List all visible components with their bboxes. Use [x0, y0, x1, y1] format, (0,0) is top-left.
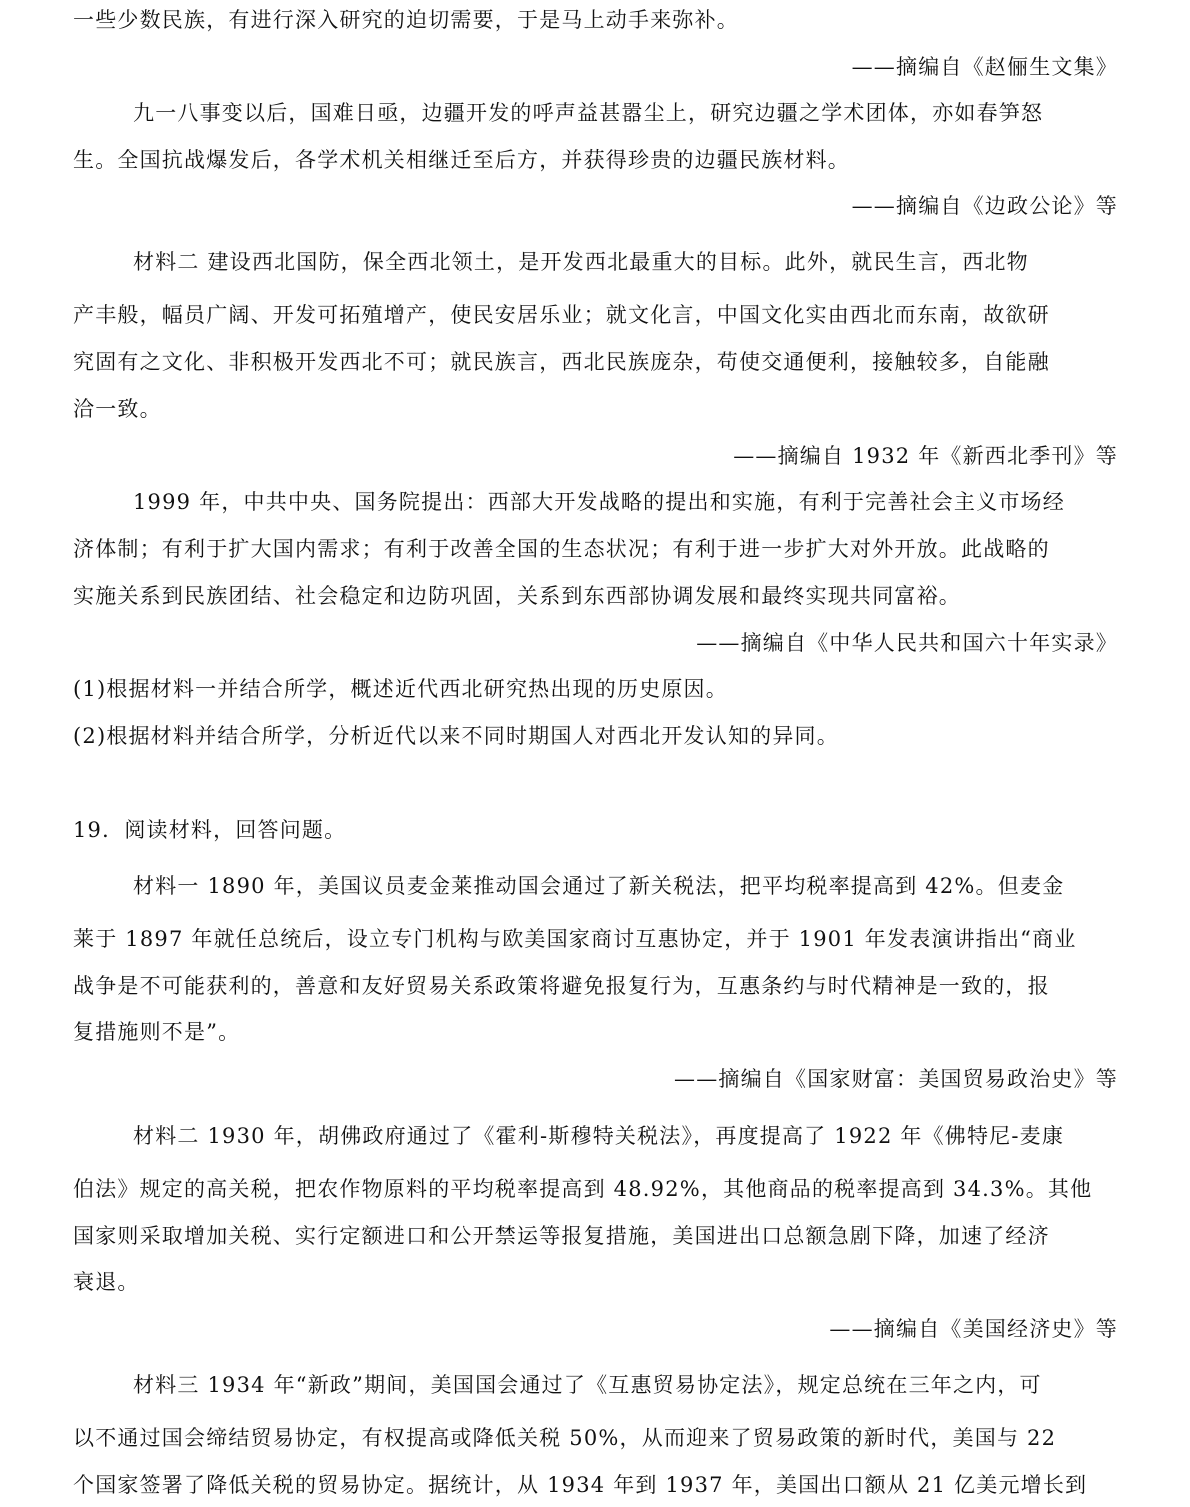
paragraph-line: 以不通过国会缔结贸易协定，有权提高或降低关税 50%，从而迎来了贸易政策的新时代… [73, 1424, 1118, 1452]
paragraph-line: 材料二 1930 年，胡佛政府通过了《霍利-斯穆特关税法》，再度提高了 1922… [133, 1122, 1118, 1150]
paragraph-line: 1999 年，中共中央、国务院提出：西部大开发战略的提出和实施，有利于完善社会主… [133, 488, 1118, 516]
paragraph-line: 材料二 建设西北国防，保全西北领土，是开发西北最重大的目标。此外，就民生言，西北… [133, 248, 1118, 276]
source-citation: ——摘编自《美国经济史》等 [829, 1315, 1118, 1343]
paragraph-line: 国家则采取增加关税、实行定额进口和公开禁运等报复措施，美国进出口总额急剧下降，加… [73, 1222, 1118, 1250]
paragraph-line: 个国家签署了降低关税的贸易协定。据统计，从 1934 年到 1937 年，美国出… [73, 1471, 1118, 1499]
paragraph-line: 战争是不可能获利的，善意和友好贸易关系政策将避免报复行为，互惠条约与时代精神是一… [73, 972, 1118, 1000]
source-citation: ——摘编自 1932 年《新西北季刊》等 [733, 442, 1118, 470]
source-citation: ——摘编自《赵俪生文集》 [852, 53, 1118, 81]
source-citation: ——摘编自《边政公论》等 [852, 192, 1118, 220]
source-citation: ——摘编自《国家财富：美国贸易政治史》等 [674, 1065, 1118, 1093]
paragraph-line: 衰退。 [73, 1268, 1118, 1296]
paragraph-line: 究固有之文化、非积极开发西北不可；就民族言，西北民族庞杂，苟使交通便利，接触较多… [73, 348, 1118, 376]
question-text: (2)根据材料并结合所学，分析近代以来不同时期国人对西北开发认知的异同。 [73, 722, 1118, 750]
paragraph-line: 生。全国抗战爆发后，各学术机关相继迁至后方，并获得珍贵的边疆民族材料。 [73, 146, 1118, 174]
source-citation: ——摘编自《中华人民共和国六十年实录》 [696, 629, 1118, 657]
paragraph-line: 莱于 1897 年就任总统后，设立专门机构与欧美国家商讨互惠协定，并于 1901… [73, 925, 1118, 953]
paragraph-line: 实施关系到民族团结、社会稳定和边防巩固，关系到东西部协调发展和最终实现共同富裕。 [73, 582, 1118, 610]
question-text: (1)根据材料一并结合所学，概述近代西北研究热出现的历史原因。 [73, 675, 1118, 703]
paragraph-line: 复措施则不是”。 [73, 1018, 1118, 1046]
paragraph-line: 材料一 1890 年，美国议员麦金莱推动国会通过了新关税法，把平均税率提高到 4… [133, 872, 1118, 900]
paragraph-line: 一些少数民族，有进行深入研究的迫切需要，于是马上动手来弥补。 [73, 6, 1118, 34]
paragraph-line: 济体制；有利于扩大国内需求；有利于改善全国的生态状况；有利于进一步扩大对外开放。… [73, 535, 1118, 563]
paragraph-line: 洽一致。 [73, 395, 1118, 423]
paragraph-line: 伯法》规定的高关税，把农作物原料的平均税率提高到 48.92%，其他商品的税率提… [73, 1175, 1118, 1203]
paragraph-line: 产丰般，幅员广阔、开发可拓殖增产，使民安居乐业；就文化言，中国文化实由西北而东南… [73, 301, 1118, 329]
question-text: 19．阅读材料，回答问题。 [73, 816, 1118, 844]
paragraph-line: 材料三 1934 年“新政”期间，美国国会通过了《互惠贸易协定法》，规定总统在三… [133, 1371, 1118, 1399]
paragraph-line: 九一八事变以后，国难日亟，边疆开发的呼声益甚嚣尘上，研究边疆之学术团体，亦如春笋… [133, 99, 1118, 127]
